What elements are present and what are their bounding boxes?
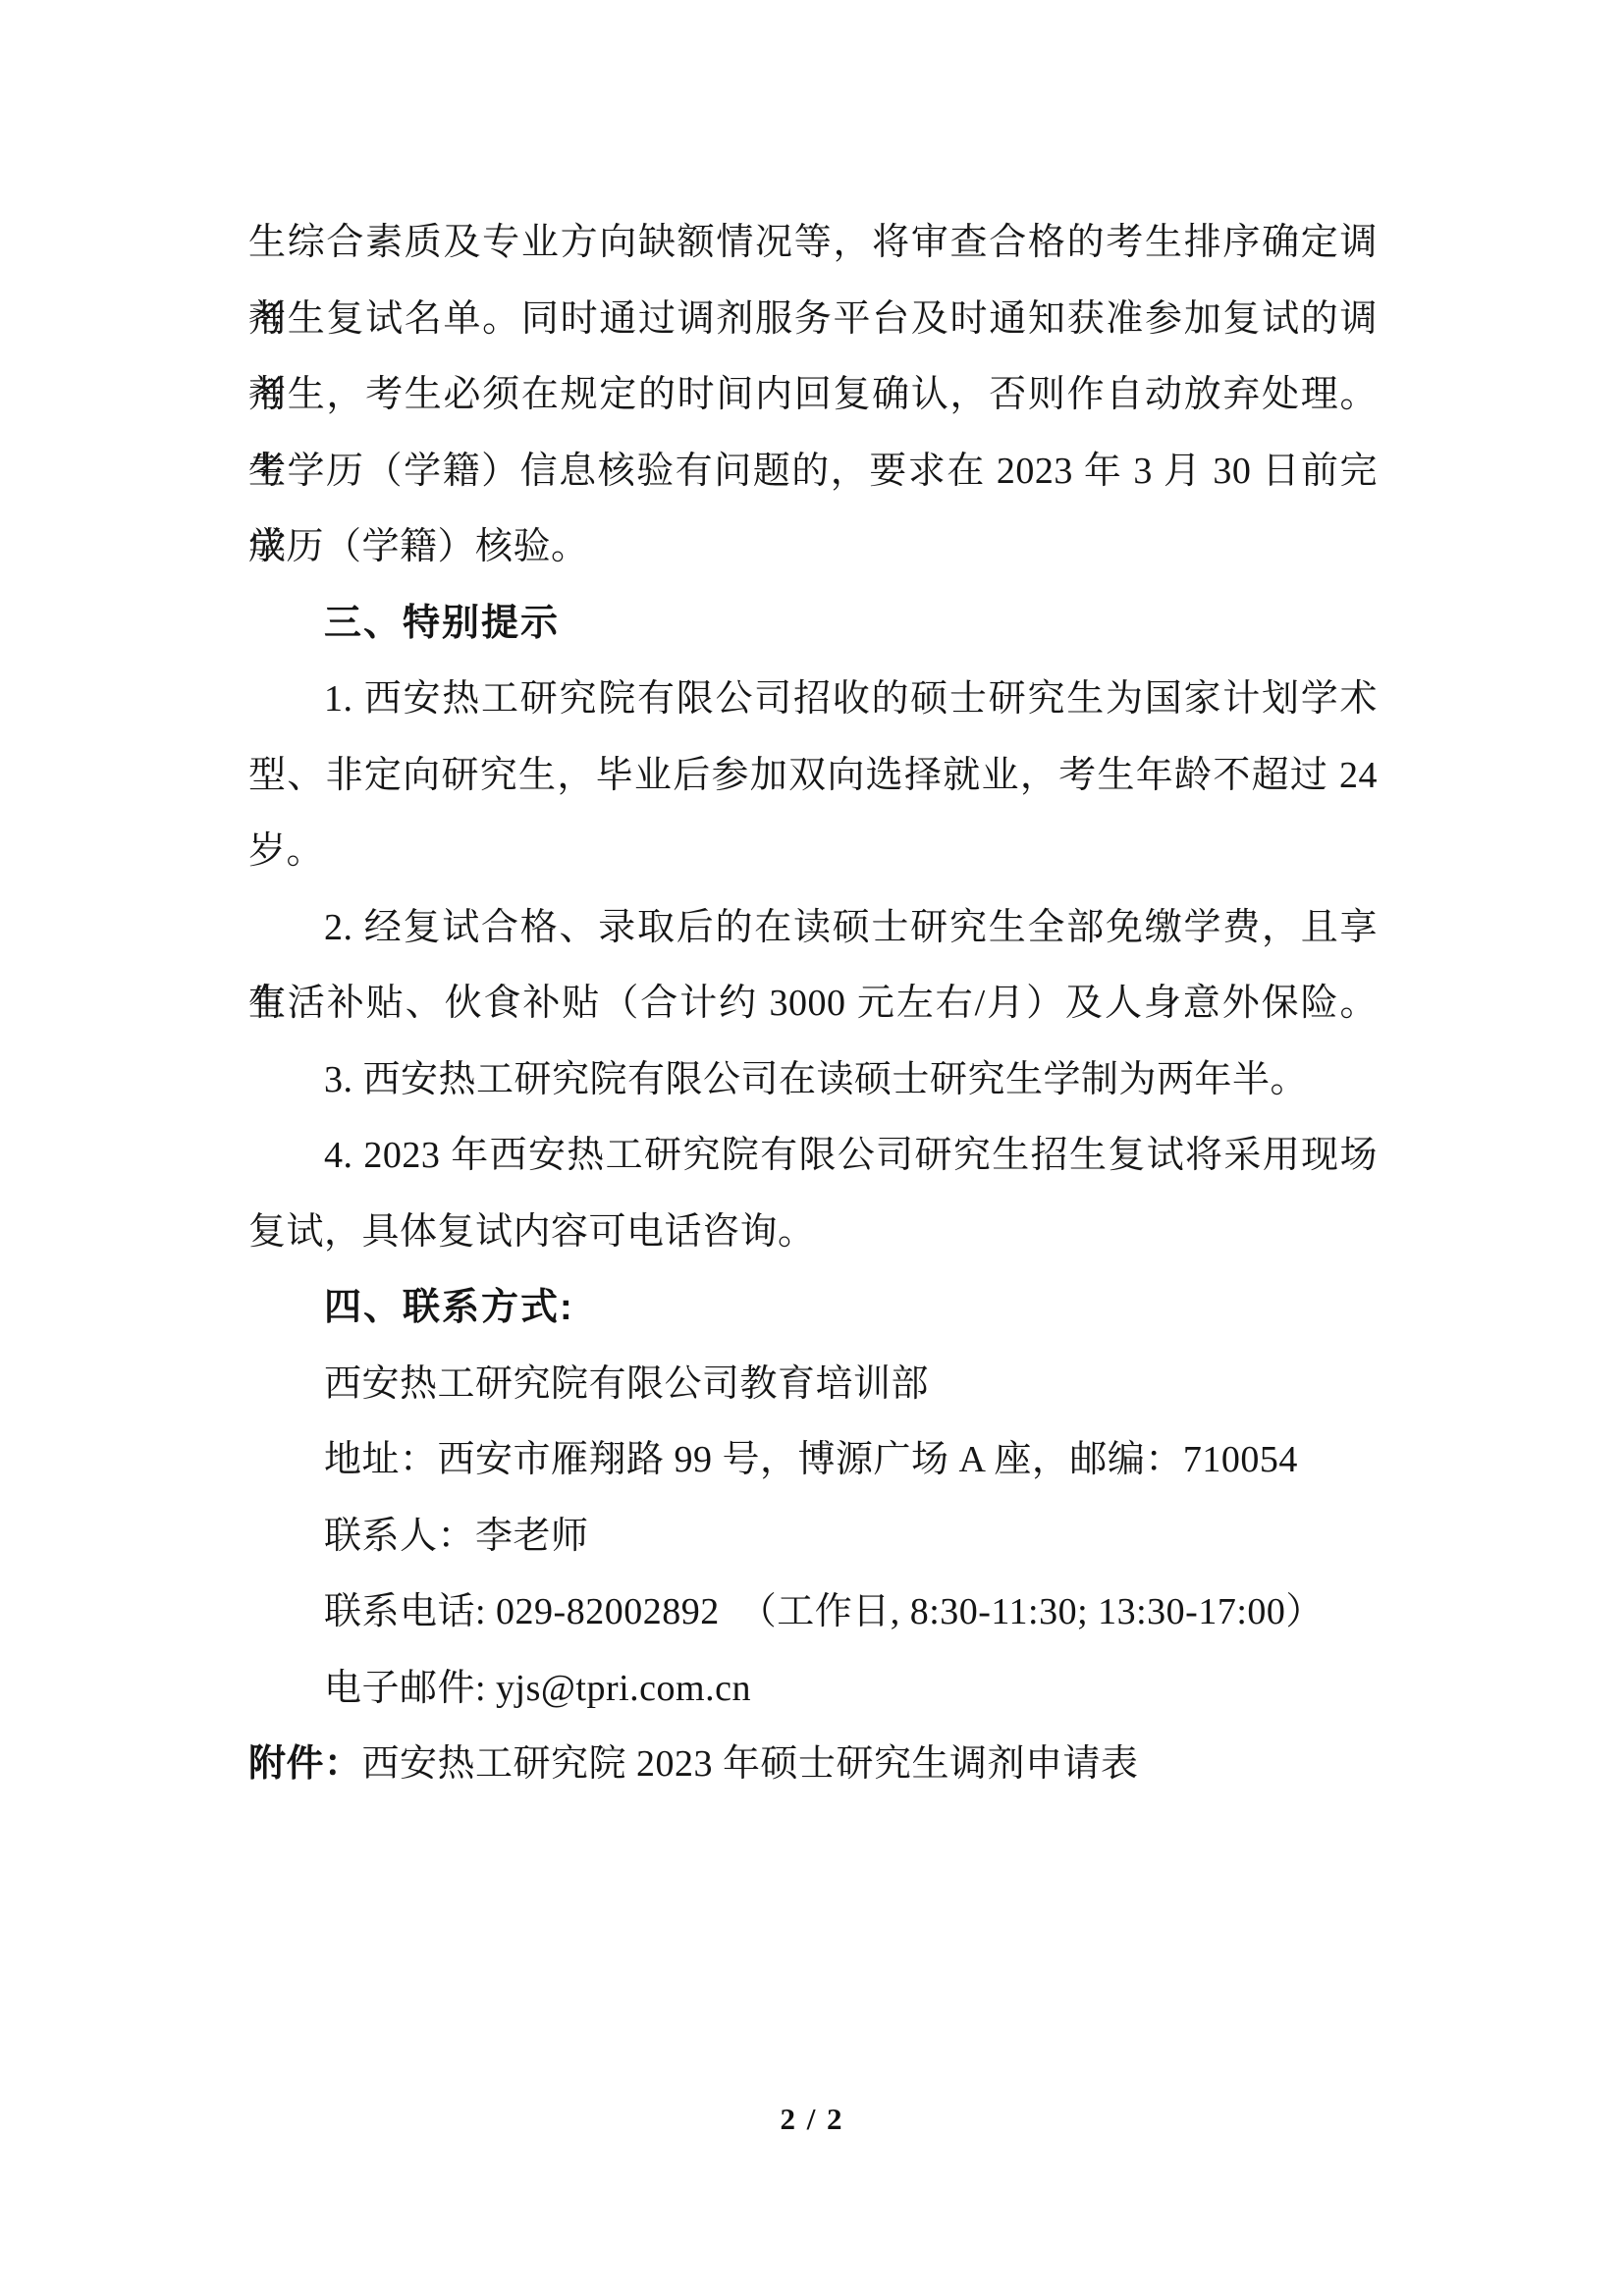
page-number: 2 / 2 xyxy=(0,2095,1624,2144)
document-body: 生综合素质及专业方向缺额情况等，将审查合格的考生排序确定调剂 考生复试名单。同时… xyxy=(248,205,1378,1803)
list-item-line: 生活补贴、伙食补贴（合计约 3000 元左右/月）及人身意外保险。 xyxy=(248,966,1378,1042)
attachment-line: 附件：西安热工研究院 2023 年硕士研究生调剂申请表 xyxy=(248,1727,1378,1803)
paragraph-line: 考生复试名单。同时通过调剂服务平台及时通知获准参加复试的调剂 xyxy=(248,282,1378,358)
contact-email: 电子邮件: yjs@tpri.com.cn xyxy=(248,1651,1378,1728)
list-item-line: 复试，具体复试内容可电话咨询。 xyxy=(248,1195,1378,1271)
section-heading-special-notes: 三、特别提示 xyxy=(248,586,1378,663)
list-item-line: 2. 经复试合格、录取后的在读硕士研究生全部免缴学费，且享有 xyxy=(248,890,1378,967)
list-item-line: 4. 2023 年西安热工研究院有限公司研究生招生复试将采用现场 xyxy=(248,1118,1378,1195)
contact-person: 联系人：李老师 xyxy=(248,1499,1378,1575)
paragraph-line: 生学历（学籍）信息核验有问题的，要求在 2023 年 3 月 30 日前完成 xyxy=(248,434,1378,510)
attachment-title: 西安热工研究院 2023 年硕士研究生调剂申请表 xyxy=(362,1743,1139,1785)
list-item-line: 3. 西安热工研究院有限公司在读硕士研究生学制为两年半。 xyxy=(248,1042,1378,1119)
document-page: 生综合素质及专业方向缺额情况等，将审查合格的考生排序确定调剂 考生复试名单。同时… xyxy=(0,0,1624,2296)
paragraph-line: 生综合素质及专业方向缺额情况等，将审查合格的考生排序确定调剂 xyxy=(248,205,1378,282)
list-item-line: 岁。 xyxy=(248,814,1378,890)
contact-phone: 联系电话: 029-82002892 （工作日, 8:30-11:30; 13:… xyxy=(248,1575,1378,1651)
contact-address: 地址：西安市雁翔路 99 号，博源广场 A 座，邮编：710054 xyxy=(248,1422,1378,1499)
attachment-label: 附件： xyxy=(248,1743,362,1785)
contact-department: 西安热工研究院有限公司教育培训部 xyxy=(248,1347,1378,1423)
section-heading-contact: 四、联系方式: xyxy=(248,1270,1378,1347)
paragraph-line: 学历（学籍）核验。 xyxy=(248,509,1378,586)
list-item-line: 型、非定向研究生，毕业后参加双向选择就业，考生年龄不超过 24 xyxy=(248,738,1378,815)
list-item-line: 1. 西安热工研究院有限公司招收的硕士研究生为国家计划学术 xyxy=(248,662,1378,738)
paragraph-line: 考生，考生必须在规定的时间内回复确认，否则作自动放弃处理。考 xyxy=(248,357,1378,434)
